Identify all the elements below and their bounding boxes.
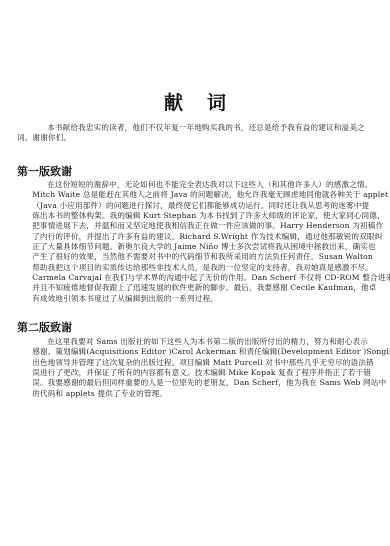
text-line: 产生了很好的效果，当然他不需要对书中的代码细节和我所采用的方法负任何责任。Sus… xyxy=(17,252,348,262)
text-line: （Java 小应用部件）的问题进行探讨，最终使它们都能够成功运行。同时还让我从思… xyxy=(17,201,348,211)
text-line: Carmela Carvajal 在我们与学术界的沟通中起了无价的作用。Dan … xyxy=(17,273,348,283)
second-edition-acknowledgments: 在这里我要对 Sams 出版社的如下这些人为本书第二版的出版所付出的精力、努力和… xyxy=(17,337,348,399)
text-line: 本书献给我忠实的读者，他们不仅年复一年地购买我的书，还总是给予我有益的建议和溢美… xyxy=(17,123,348,133)
text-line: 炼出本书的整体构架。我的编辑 Kurt Stephan 为本书找到了许多大师级的… xyxy=(17,211,348,221)
text-line: 误进行了更改，并保证了所有的内容都有意义。技术编辑 Mike Kopak 复查了… xyxy=(17,368,348,378)
text-line: 在这份短短的谢辞中，无论如何也不能完全表达我对以下这些人（和其他许多人）的感激之… xyxy=(17,180,348,190)
section-heading-second-edition: 第二版致谢 xyxy=(17,319,72,335)
text-line: 误。我要感谢的最后但同样重要的人是一位原先的老朋友，Dan Scherf，他为我… xyxy=(17,378,348,388)
text-line: 词。谢谢你们。 xyxy=(17,133,348,143)
page-title: 献词 xyxy=(0,88,390,115)
first-edition-acknowledgments: 在这份短短的谢辞中，无论如何也不能完全表达我对以下这些人（和其他许多人）的感激之… xyxy=(17,180,348,304)
text-line: 感谢。策划编辑(Acquisitions Editor )Carol Acker… xyxy=(17,347,348,357)
text-line: Mitch Waite 总是能赶在其他人之前将 Java 的问题解决，他允许我毫… xyxy=(17,190,348,200)
dedication-paragraph: 本书献给我忠实的读者，他们不仅年复一年地购买我的书，还总是给予我有益的建议和溢美… xyxy=(17,123,348,144)
text-line: 有成效地引领本书度过了从编辑到出版的一系列过程。 xyxy=(17,294,348,304)
text-line: 的代码和 applets 提供了专业的管理。 xyxy=(17,389,348,399)
section-heading-first-edition: 第一版致谢 xyxy=(17,163,72,179)
text-line: 出色地领导并管理了这次复杂的出版过程。项目编辑 Matt Purcell 对书中… xyxy=(17,358,348,368)
text-line: 帮助我把这个项目的实质传达给那些非技术人员，是我的一位坚定的支持者，我对她真是感… xyxy=(17,263,348,273)
text-line: 正了大量具体细节问题。新奥尔良大学的 Jaime Niño 博士多次尝试将我从困… xyxy=(17,242,348,252)
text-line: 了内行的评价，并提出了许多有益的建议。Richard S.Wright 作为技术… xyxy=(17,232,348,242)
text-line: 并且不知疲倦地督促我跟上了迅速发展的软件更新的脚步。最后，我要感谢 Cecile… xyxy=(17,283,348,293)
text-line: 把事情进展下去，并温和而又坚定地使我相信我正在做一件应该做的事。Harry He… xyxy=(17,221,348,231)
text-line: 在这里我要对 Sams 出版社的如下这些人为本书第二版的出版所付出的精力、努力和… xyxy=(17,337,348,347)
